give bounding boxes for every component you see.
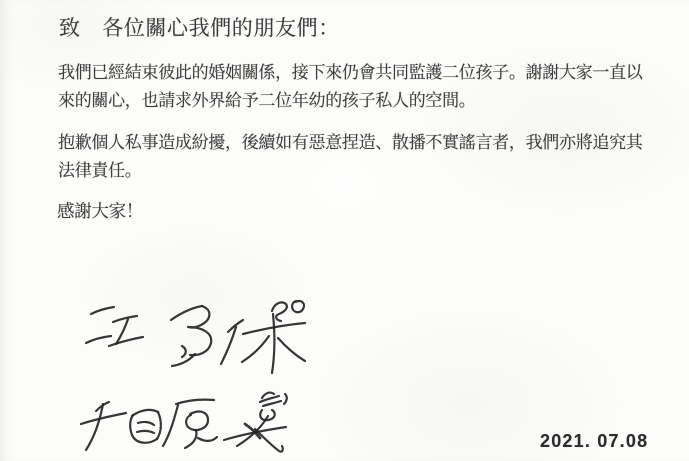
salutation: 致 各位關心我們的朋友們： bbox=[59, 12, 340, 42]
letter-line: 法律責任。 bbox=[58, 156, 142, 181]
letter-line: 來的關心，也請求外界給予二位年幼的孩子私人的空間。 bbox=[58, 86, 476, 111]
letter-line: 我們已經結束彼此的婚姻關係，接下來仍會共同監護二位孩子。謝謝大家一直以 bbox=[58, 58, 643, 83]
date-text: 2021. 07.08 bbox=[540, 431, 648, 452]
letter-page: 致 各位關心我們的朋友們： 我們已經結束彼此的婚姻關係，接下來仍會共同監護二位孩… bbox=[0, 0, 689, 461]
signature-fukuhara-ai bbox=[72, 386, 307, 461]
letter-line: 抱歉個人私事造成紛擾，後續如有惡意捏造、散播不實謠言者，我們亦將追究其 bbox=[58, 128, 643, 153]
signature-jiang-hongjie bbox=[75, 294, 320, 385]
handwritten-signature-icon bbox=[75, 294, 320, 380]
closing-thanks: 感謝大家！ bbox=[57, 198, 143, 223]
handwritten-signature-icon bbox=[72, 386, 307, 458]
